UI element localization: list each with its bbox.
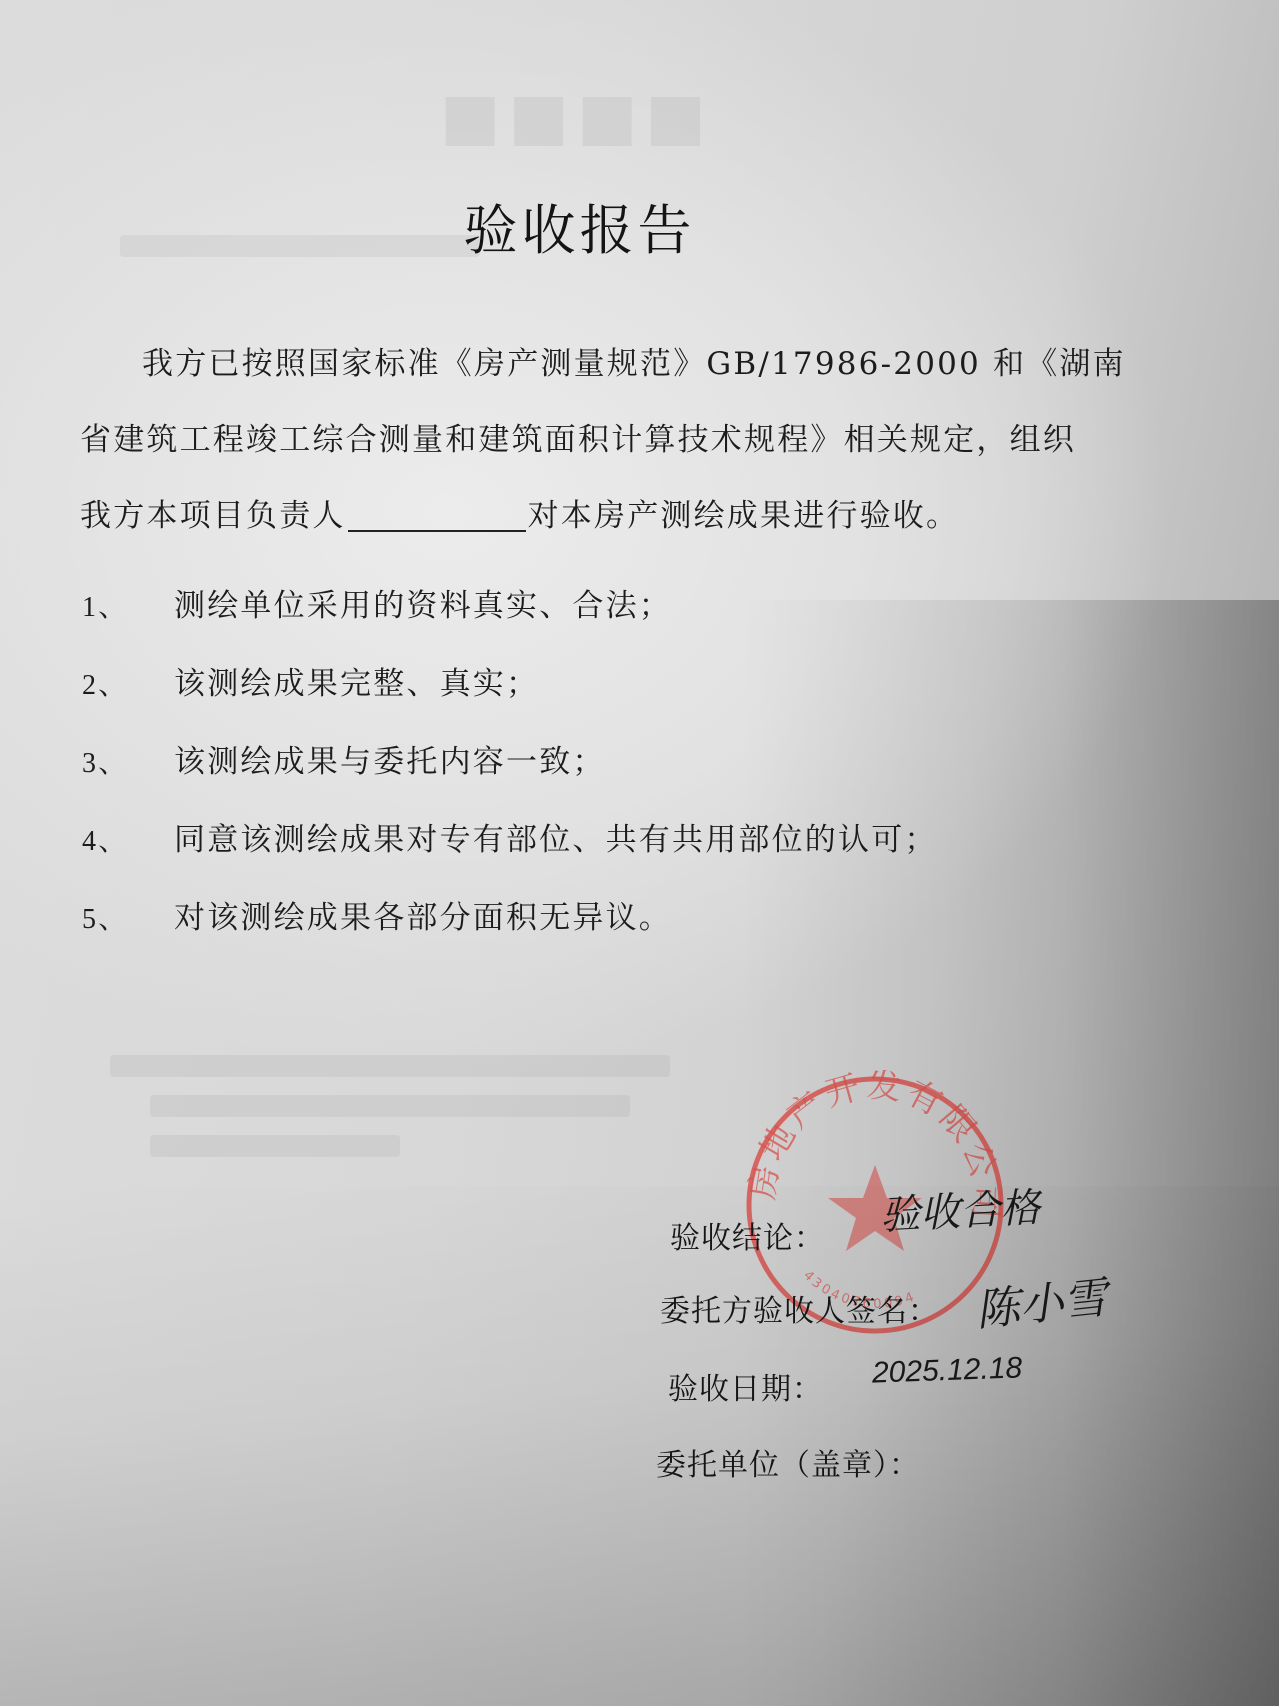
list-item-number: 5、 (82, 897, 174, 937)
acceptance-date-value: 2025.12.18 (871, 1351, 1022, 1390)
paragraph-line-3: 我方本项目负责人对本房产测绘成果进行验收。 (80, 490, 959, 535)
paragraph-line-3-end: 对本房产测绘成果进行验收。 (528, 498, 960, 534)
list-item: 3、该测绘成果与委托内容一致； (82, 736, 606, 781)
list-item-text: 该测绘成果完整、真实； (174, 666, 539, 702)
list-item: 1、测绘单位采用的资料真实、合法； (82, 580, 672, 625)
date-label: 验收日期： (668, 1364, 823, 1408)
list-item-text: 测绘单位采用的资料真实、合法； (174, 588, 672, 624)
conclusion-label: 验收结论： (670, 1213, 825, 1257)
paragraph-line-3-start: 我方本项目负责人 (80, 498, 346, 534)
conclusion-handwritten-value: 验收合格 (879, 1176, 1042, 1241)
list-item-text: 该测绘成果与委托内容一致； (174, 744, 606, 780)
list-item-number: 3、 (82, 741, 174, 781)
photo-shadow (739, 600, 1279, 1706)
list-item: 5、对该测绘成果各部分面积无异议。 (82, 892, 672, 937)
entrusting-unit-label: 委托单位（盖章）： (656, 1440, 920, 1484)
list-item-number: 4、 (82, 819, 174, 859)
list-item-number: 2、 (82, 663, 174, 703)
bleed-through-title: ■■■■ (440, 80, 714, 154)
page-title: 验收报告 (0, 188, 1219, 265)
list-item-text: 对该测绘成果各部分面积无异议。 (174, 900, 672, 936)
responsible-person-blank (348, 500, 526, 532)
list-item: 2、该测绘成果完整、真实； (82, 658, 539, 703)
list-item: 4、同意该测绘成果对专有部位、共有共用部位的认可； (82, 814, 938, 859)
list-item-number: 1、 (82, 585, 174, 625)
paragraph-line-1: 我方已按照国家标准《房产测量规范》GB/17986-2000 和《湖南 (142, 338, 1126, 383)
bleed-through-line (150, 1135, 400, 1157)
signer-signature: 陈小雪 (972, 1261, 1110, 1338)
paragraph-line-2: 省建筑工程竣工综合测量和建筑面积计算技术规程》相关规定，组织 (80, 414, 1076, 459)
bleed-through-line (150, 1095, 630, 1117)
bleed-through-line (110, 1055, 670, 1077)
list-item-text: 同意该测绘成果对专有部位、共有共用部位的认可； (174, 822, 938, 858)
signer-label: 委托方验收人签名： (660, 1286, 939, 1330)
